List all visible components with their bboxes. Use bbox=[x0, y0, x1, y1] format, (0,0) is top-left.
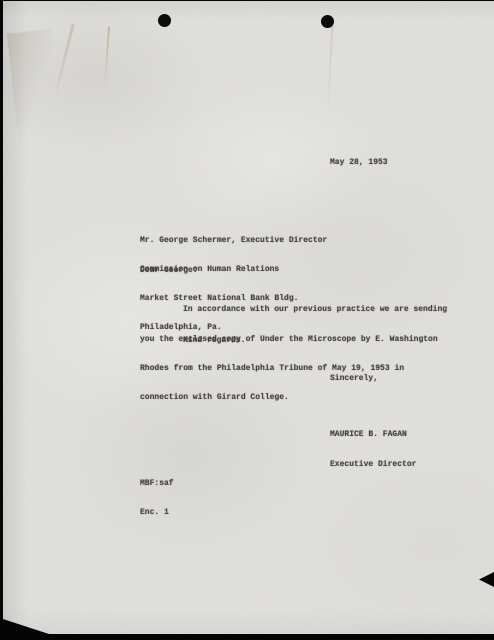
body-line: In accordance with our previous practice… bbox=[140, 305, 447, 315]
body-line: Rhodes from the Philadelphia Tribune of … bbox=[140, 364, 447, 374]
body-line: connection with Girard College. bbox=[140, 393, 447, 403]
reference-block: MBF:saf Enc. 1 bbox=[140, 459, 174, 537]
enclosure-note: Enc. 1 bbox=[140, 508, 174, 518]
letter-page: May 28, 1953 Mr. George Schermer, Execut… bbox=[3, 1, 494, 634]
letter-date: May 28, 1953 bbox=[330, 158, 388, 168]
letter-body: In accordance with our previous practice… bbox=[140, 286, 447, 422]
recipient-name-line: Mr. George Schermer, Executive Director bbox=[140, 236, 327, 246]
closing-line: Sincerely, bbox=[330, 374, 378, 384]
regards-line: Kind regards. bbox=[183, 336, 245, 346]
reference-initials: MBF:saf bbox=[140, 479, 174, 489]
signature-name: MAURICE B. FAGAN bbox=[330, 430, 416, 440]
salutation: Dear George: bbox=[140, 266, 198, 276]
punch-hole-left bbox=[158, 14, 171, 27]
document-scan: May 28, 1953 Mr. George Schermer, Execut… bbox=[0, 0, 494, 640]
punch-hole-right bbox=[321, 15, 334, 28]
signature-title: Executive Director bbox=[330, 460, 416, 470]
signature-block: MAURICE B. FAGAN Executive Director bbox=[330, 409, 416, 491]
